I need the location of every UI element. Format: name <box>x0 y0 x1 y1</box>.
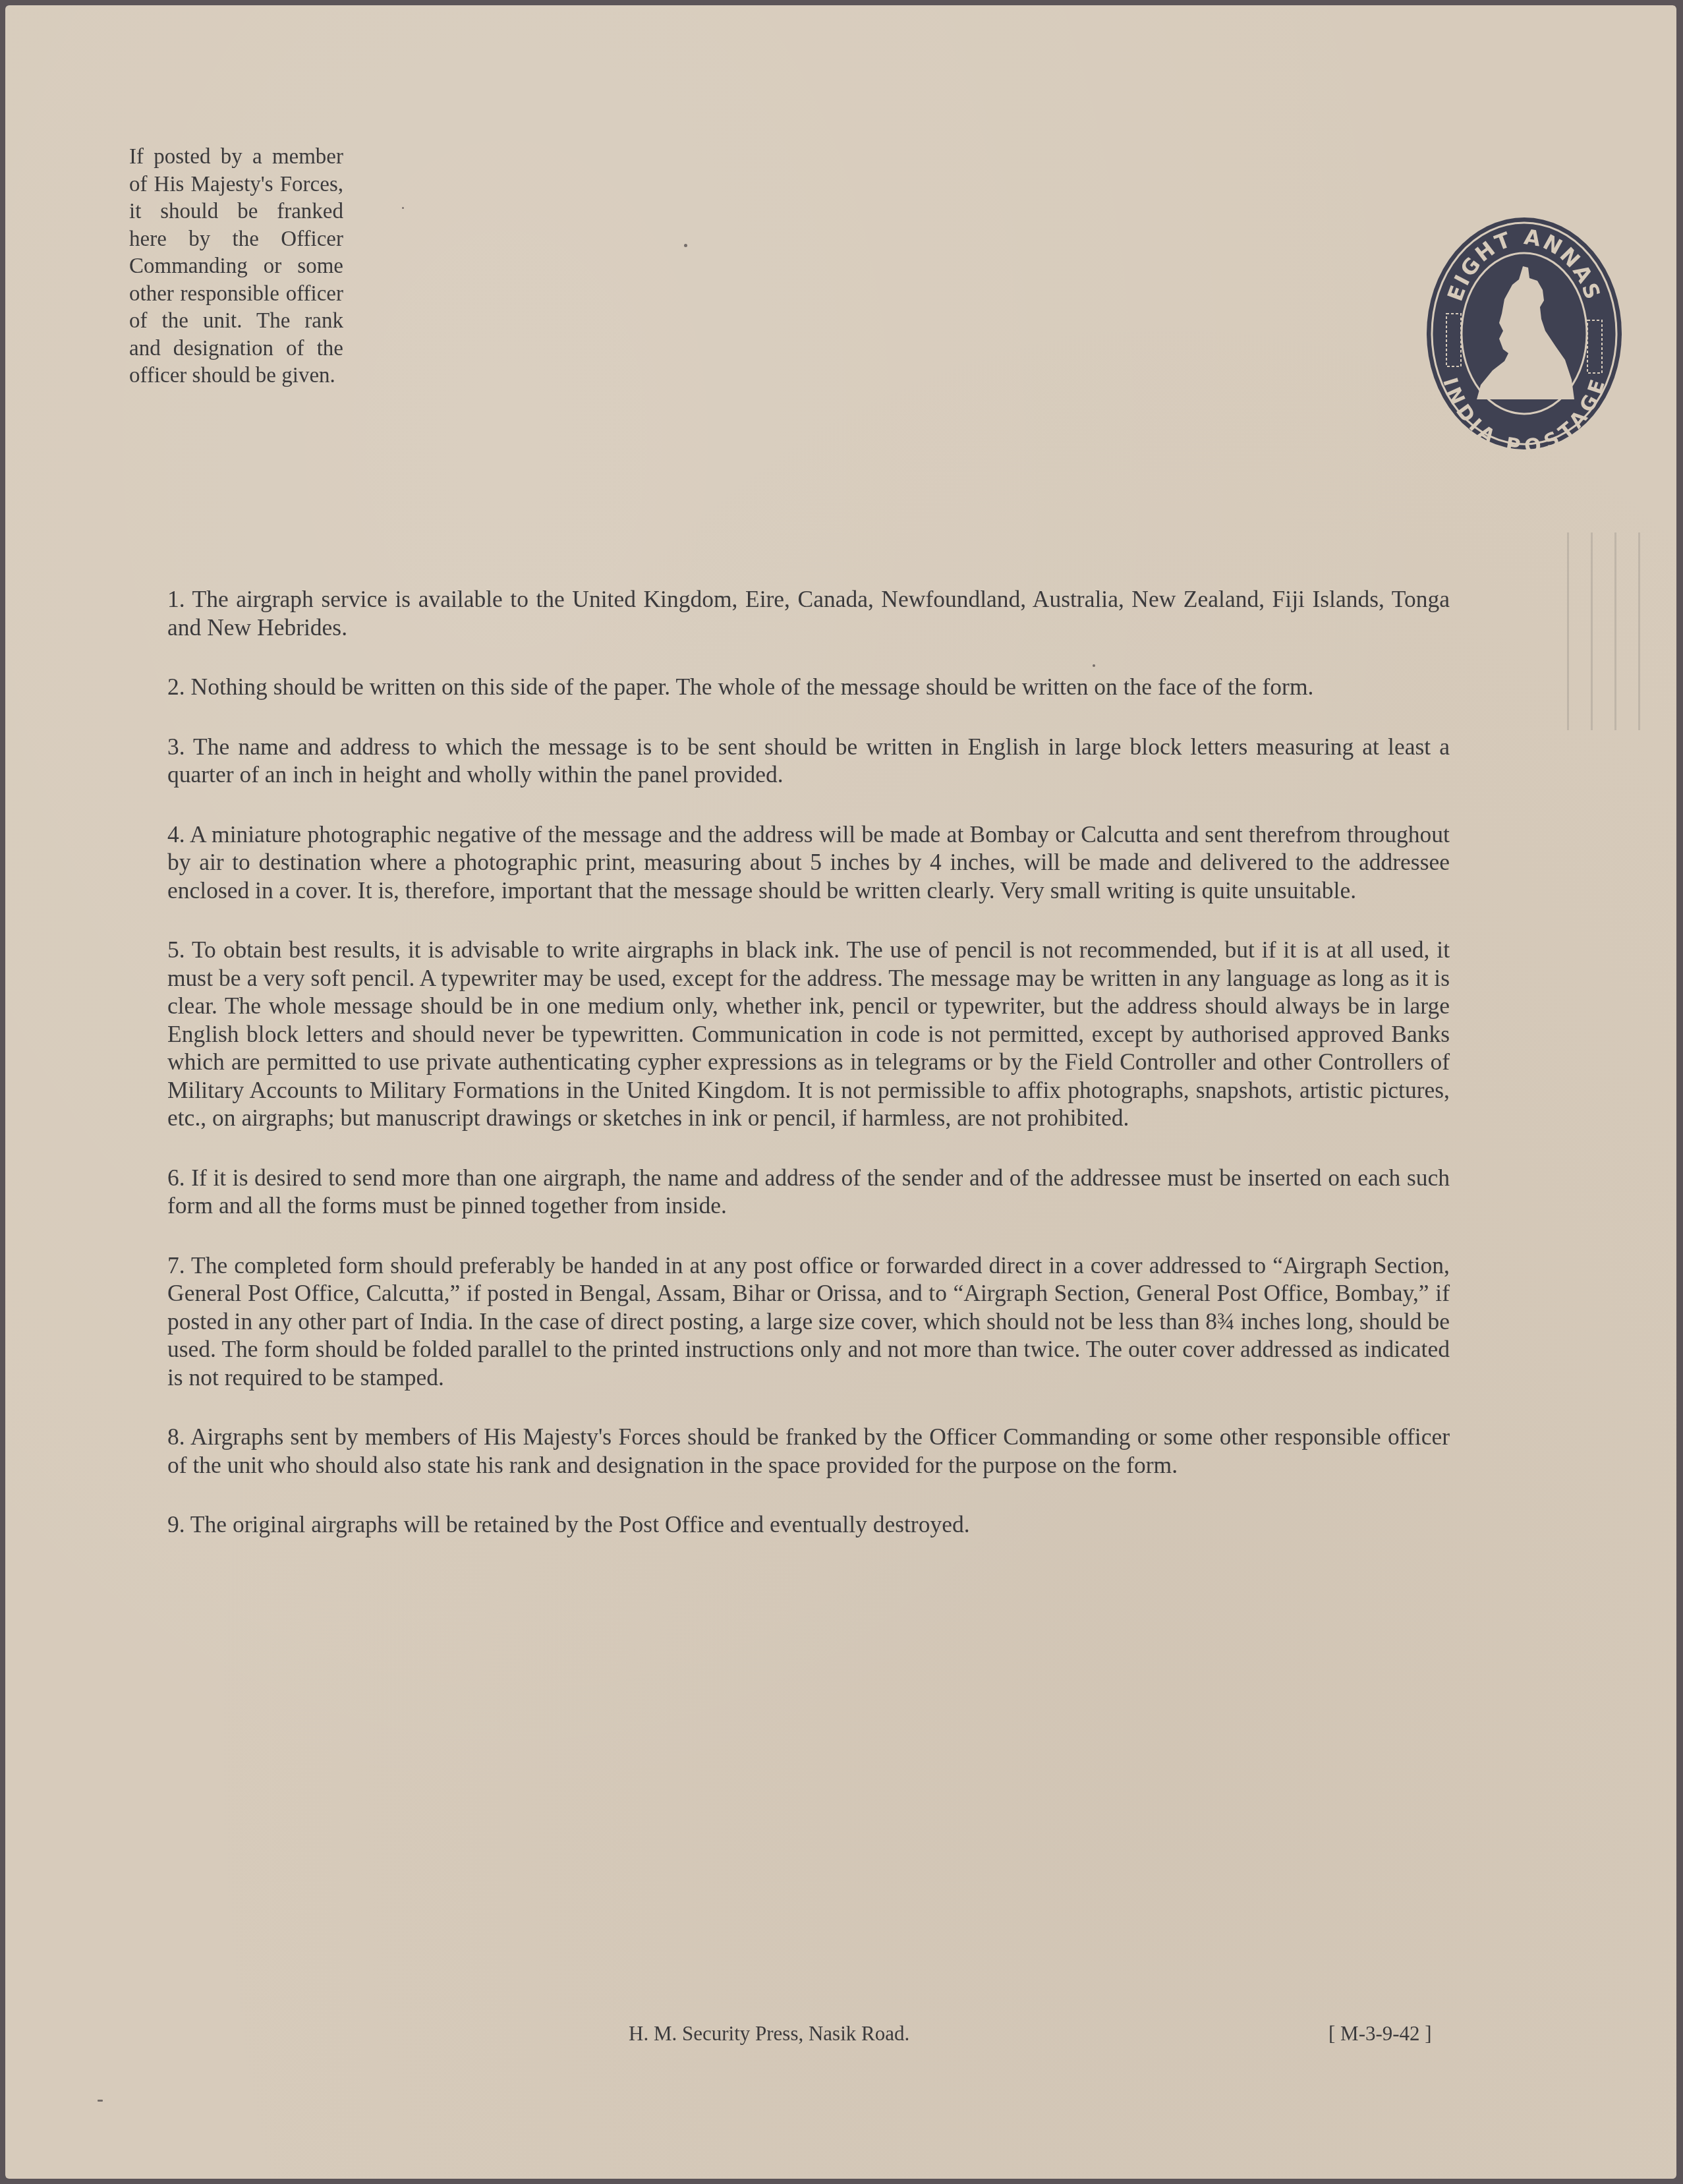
instruction-item-5: 5. To obtain best results, it is advisab… <box>167 936 1450 1132</box>
instruction-item-4: 4. A miniature photographic negative of … <box>167 820 1450 905</box>
instruction-item-2: 2. Nothing should be written on this sid… <box>167 673 1450 701</box>
instruction-item-6: 6. If it is desired to send more than on… <box>167 1164 1450 1220</box>
paper-speck <box>684 244 687 247</box>
instruction-item-7: 7. The completed form should preferably … <box>167 1251 1450 1392</box>
paper-speck <box>402 207 404 209</box>
airgraph-form-sheet: If posted by a member of His Majesty's F… <box>5 5 1676 2179</box>
paper-speck <box>98 2100 103 2102</box>
king-profile-oval-stamp-icon: EIGHT ANNAS INDIA POSTAGE <box>1424 215 1624 452</box>
instruction-item-9: 9. The original airgraphs will be retain… <box>167 1510 1450 1539</box>
paper-speck <box>1093 664 1095 667</box>
instruction-item-3: 3. The name and address to which the mes… <box>167 733 1450 789</box>
franking-note: If posted by a member of His Majesty's F… <box>129 144 343 390</box>
instruction-item-8: 8. Airgraphs sent by members of His Maje… <box>167 1423 1450 1479</box>
instruction-item-1: 1. The airgraph service is available to … <box>167 585 1450 641</box>
instructions-list: 1. The airgraph service is available to … <box>167 585 1450 1570</box>
form-code: [ M-3-9-42 ] <box>1328 2022 1432 2046</box>
show-through-border-marks <box>1567 532 1646 730</box>
printer-imprint: H. M. Security Press, Nasik Road. <box>629 2022 909 2046</box>
